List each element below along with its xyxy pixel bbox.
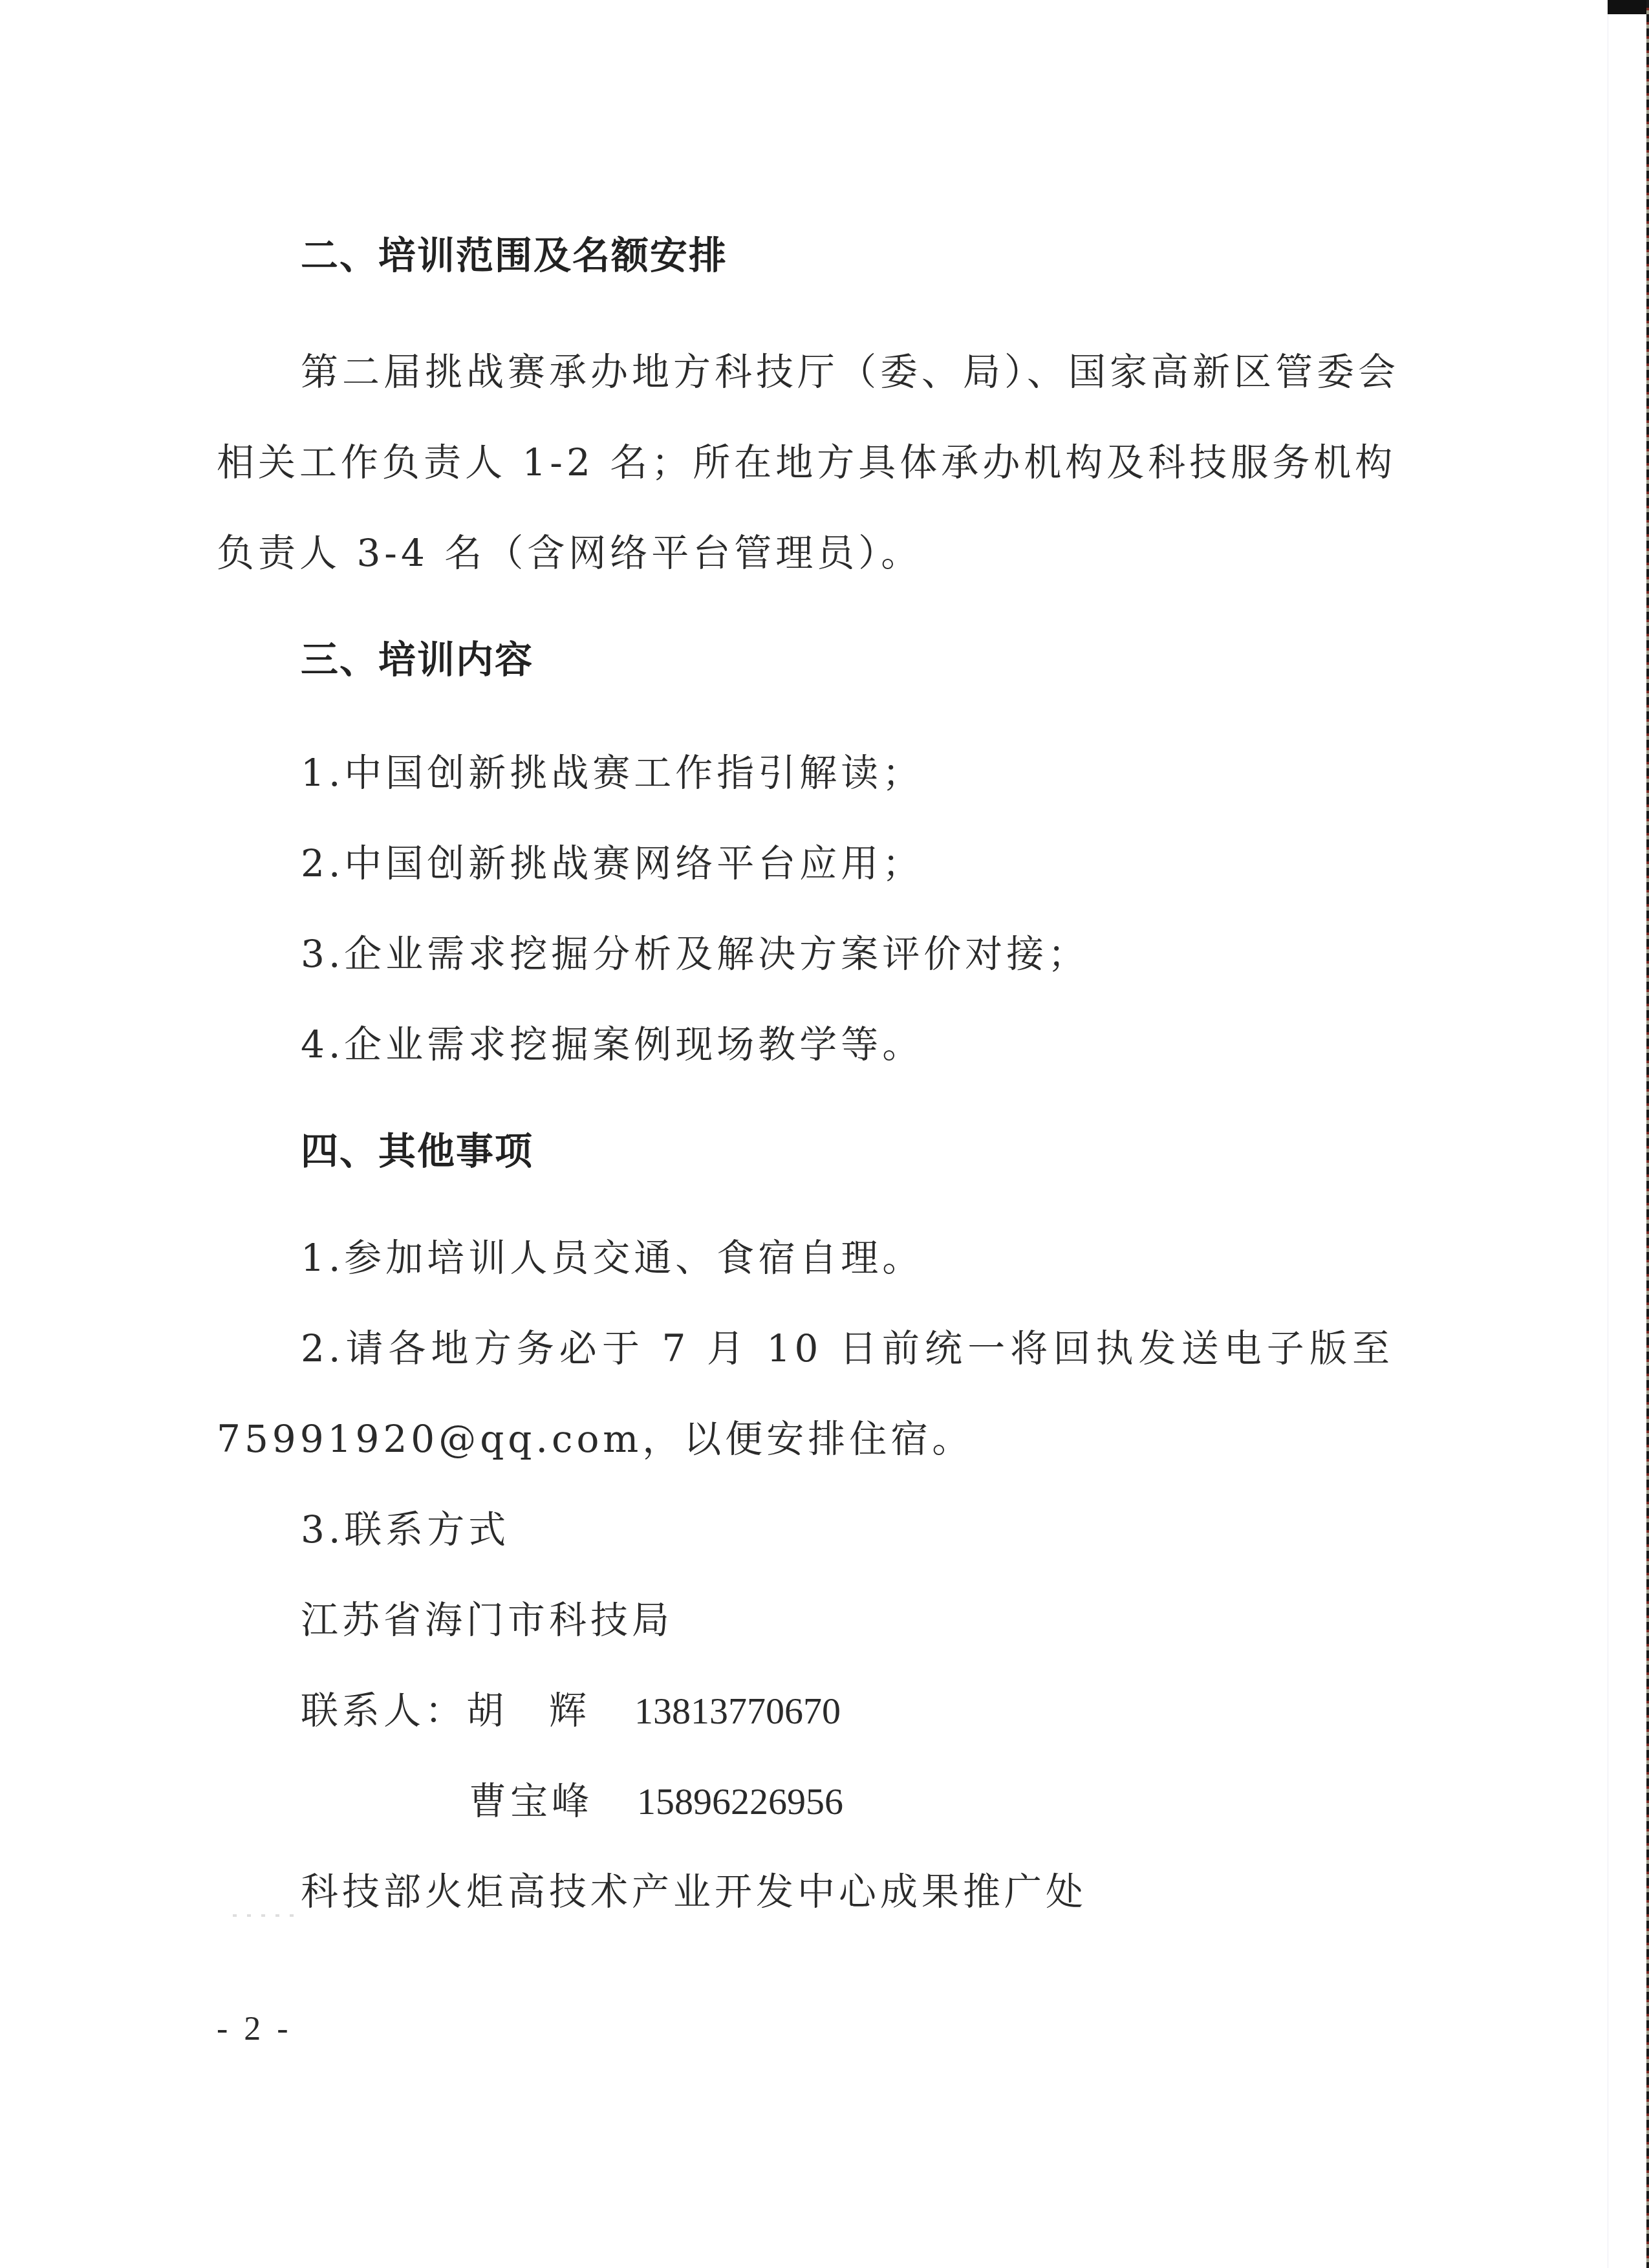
section-heading-scope: 二、培训范围及名额安排	[301, 233, 727, 278]
contact-name: 胡辉	[466, 1688, 634, 1733]
contact-label: 联系人：	[301, 1689, 466, 1733]
list-item: 3.企业需求挖掘分析及解决方案评价对接；	[301, 931, 1089, 977]
list-item: 3.联系方式	[301, 1507, 510, 1552]
scan-fold-line	[1608, 14, 1608, 2268]
list-item: 2.请各地方务必于 7 月 10 日前统一将回执发送电子版至	[301, 1326, 1394, 1371]
scan-noise	[233, 1914, 297, 1917]
email-line: 75991920@qq.com，以便安排住宿。	[217, 1416, 973, 1462]
page-number: - 2 -	[217, 2010, 292, 2048]
contact-row: 曹宝峰15896226956	[469, 1778, 843, 1824]
list-item: 1.中国创新挑战赛工作指引解读；	[301, 750, 923, 795]
list-item: 2.中国创新挑战赛网络平台应用；	[301, 841, 923, 886]
paragraph-line: 第二届挑战赛承办地方科技厅（委、局）、国家高新区管委会	[301, 349, 1394, 394]
contact-organization: 江苏省海门市科技局	[301, 1597, 673, 1643]
contact-row: 联系人：胡辉13813770670	[301, 1688, 841, 1734]
list-item: 4.企业需求挖掘案例现场教学等。	[301, 1022, 923, 1067]
contact-organization: 科技部火炬高技术产业开发中心成果推广处	[301, 1869, 1087, 1914]
section-heading-content: 三、培训内容	[301, 637, 533, 682]
contact-phone: 15896226956	[637, 1779, 843, 1824]
paragraph-line: 负责人 3-4 名（含网络平台管理员）。	[217, 530, 922, 576]
contact-name: 曹宝峰	[469, 1778, 637, 1824]
list-item: 1.参加培训人员交通、食宿自理。	[301, 1235, 923, 1280]
paragraph-line: 相关工作负责人 1-2 名；所在地方具体承办机构及科技服务机构	[217, 440, 1394, 485]
section-heading-other: 四、其他事项	[301, 1129, 533, 1174]
contact-phone: 13813770670	[634, 1689, 841, 1734]
scan-edge-artifact	[1608, 0, 1646, 14]
scan-edge-strip	[1646, 0, 1649, 2268]
